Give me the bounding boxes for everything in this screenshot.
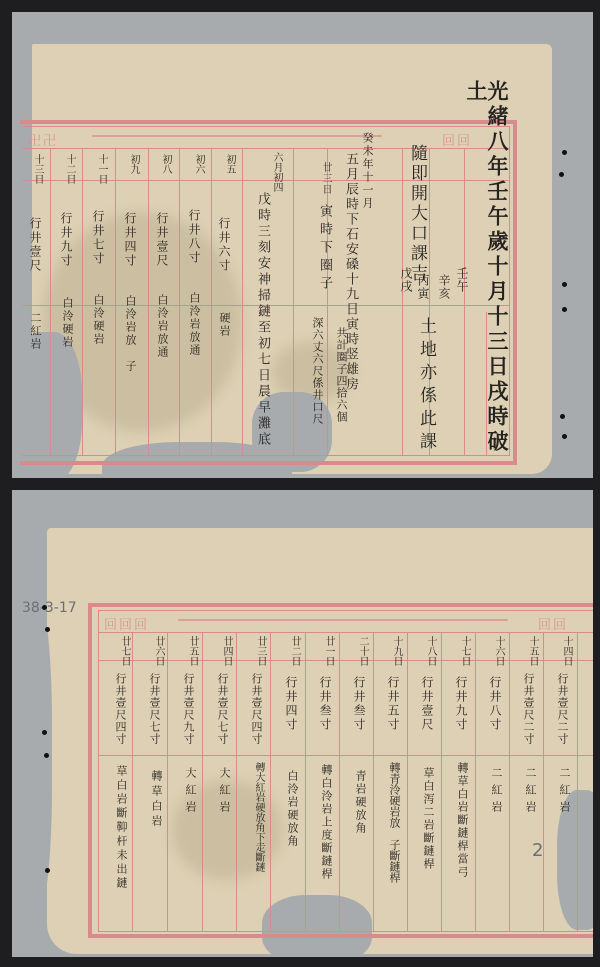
log-date: 廿四日 (221, 636, 231, 666)
log-date: 初九 (128, 154, 138, 174)
log-date: 十五日 (527, 636, 537, 666)
grid-line (270, 632, 271, 932)
log-depth: 行井壹尺二寸 (557, 673, 568, 745)
log-rock: 轉草白岩斷鏈桿當弓 (457, 762, 468, 879)
log-depth: 行井九寸 (60, 212, 72, 268)
grid-line (242, 148, 243, 456)
pencil-catalog-note: 38-3-17 (22, 600, 77, 616)
log-date: 廿一日 (323, 636, 333, 666)
log-rock: 轉大紅岩硬放角下走斷鏈 (253, 762, 263, 872)
binding-hole (44, 753, 49, 758)
log-rock: 二紅岩 (491, 767, 502, 818)
entry-june-date: 六月初四 (271, 152, 281, 192)
red-frame-inner (98, 610, 593, 932)
log-rock: 二紅岩 (559, 767, 570, 818)
log-rock: 白泠硬岩 (62, 297, 73, 349)
grid-line (98, 755, 593, 756)
binding-hole (562, 282, 567, 287)
bazi-day: 丙寅 (417, 274, 429, 300)
log-rock: 白泠岩放𨻻子 (125, 295, 136, 373)
grid-line (475, 632, 476, 932)
log-depth: 行井六寸 (218, 217, 230, 273)
log-depth: 行井壹尺 (29, 217, 41, 273)
grid-line (543, 632, 544, 932)
grid-line (179, 148, 180, 456)
log-date: 十二日 (64, 154, 74, 184)
log-depth: 行井八寸 (188, 209, 200, 265)
log-depth: 行井壹尺九寸 (183, 673, 194, 745)
log-rock: 青岩硬放角 (355, 770, 366, 835)
entry-start-date: 癸未年十一月 (362, 132, 373, 210)
grid-line (293, 148, 294, 456)
binding-hole (45, 868, 50, 873)
log-depth: 行井壹尺四寸 (115, 673, 126, 745)
log-date: 初八 (160, 154, 170, 174)
log-date: 十一日 (96, 154, 106, 184)
ribbon-ornament-icon (92, 135, 382, 137)
log-depth: 行井壹尺二寸 (523, 673, 534, 745)
bazi-year: 壬午 (456, 267, 468, 293)
log-date: 十三日 (32, 154, 42, 184)
log-depth: 行井四寸 (285, 676, 297, 732)
log-rock: 白泠岩放通𨻻 (189, 292, 200, 370)
binding-hole (45, 627, 50, 632)
log-depth: 行井七寸 (92, 210, 104, 266)
ornament-band: 卍卍 回回 (22, 126, 510, 149)
log-rock: 白泠硬岩 (93, 294, 104, 346)
grid-line (509, 632, 510, 932)
document-title: 光緒八年壬午歲十月十三日戌時破土 (466, 80, 508, 460)
entry-total-line1: 共計圈子四拾六個 (336, 327, 347, 423)
log-rock: 白泠岩放通𨻻 (157, 294, 168, 372)
meander-ornament-icon: 回回 (538, 614, 568, 633)
log-date: 十四日 (561, 636, 571, 666)
entry-23-date: 廿三日 (320, 162, 330, 195)
grid-line (236, 632, 237, 932)
log-depth: 行井壹尺 (156, 212, 168, 268)
log-date: 十八日 (425, 636, 435, 666)
meander-ornament-icon: 卍卍 (28, 130, 58, 149)
entry-23-text: 寅時下圈子 (318, 204, 331, 294)
log-rock: 轉草白岩 (151, 770, 162, 830)
binding-hole (562, 307, 567, 312)
binding-hole (562, 434, 567, 439)
log-rock: 轉白泠岩上度斷鏈桿 (321, 764, 332, 881)
log-rock: 硬岩 (219, 312, 230, 338)
grid-line (167, 632, 168, 932)
instruction-text: 隨即開大口課吉 (408, 144, 425, 344)
entry-total-line2: 深六丈六尺係井口尺 (312, 317, 323, 425)
binding-hole (560, 414, 565, 419)
log-depth: 行井叁寸 (319, 676, 331, 732)
log-rock: 二紅岩 (525, 767, 536, 818)
top-sheet: 卍卍 回回 光緒八年壬午歲十月十三日戌時破土 隨即開大口課吉 壬午 辛亥 丙寅 … (12, 12, 593, 478)
log-depth: 行井五寸 (387, 676, 399, 732)
grid-line (402, 148, 403, 456)
log-depth: 行井壹尺四寸 (251, 673, 262, 745)
grid-line (202, 632, 203, 932)
meander-ornament-icon: 回回回 (104, 614, 149, 633)
binding-hole (42, 605, 47, 610)
log-date: 十九日 (391, 636, 401, 666)
entry-june-text: 戊時三刻安神掃鏈至初七日晨早灘底 (256, 192, 269, 462)
log-date: 廿七日 (119, 636, 129, 666)
grid-line (98, 660, 593, 661)
binding-hole (559, 172, 564, 177)
log-date: 初五 (224, 154, 234, 174)
land-note: 土地亦係此課 (417, 317, 434, 455)
log-rock: 大紅岩 (185, 767, 196, 818)
grid-line (577, 632, 578, 932)
log-rock: 轉青泠硬岩放𨻻子斷鏈桿 (389, 762, 400, 883)
log-date: 二十日 (357, 636, 367, 666)
grid-line (50, 148, 51, 456)
log-rock: 大紅岩 (219, 767, 230, 818)
grid-line (115, 148, 116, 456)
log-depth: 行井四寸 (124, 212, 136, 268)
binding-hole (562, 150, 567, 155)
log-rock: 二紅岩 (30, 312, 41, 351)
log-date: 廿二日 (289, 636, 299, 666)
log-depth: 行井壹尺七寸 (217, 673, 228, 745)
grid-line (339, 632, 340, 932)
log-date: 廿五日 (187, 636, 197, 666)
grid-line (373, 632, 374, 932)
log-depth: 行井九寸 (455, 676, 467, 732)
ribbon-ornament-icon (178, 619, 508, 621)
grid-line (441, 632, 442, 932)
grid-line (148, 148, 149, 456)
grid-line (305, 632, 306, 932)
grid-line (82, 148, 83, 456)
log-rock: 草白泻二岩斷鏈桿 (423, 767, 434, 871)
log-date: 廿三日 (255, 636, 265, 666)
log-rock: 白泠岩硬放角 (287, 770, 298, 848)
bottom-sheet: 38-3-17 2 回回回 回回 十四日 行井壹尺二寸 二紅岩 十五日 行井壹尺… (12, 490, 593, 957)
log-date: 初六 (193, 154, 203, 174)
log-depth: 行井八寸 (489, 676, 501, 732)
log-date: 十七日 (459, 636, 469, 666)
log-depth: 行井叁寸 (353, 676, 365, 732)
bazi-hour: 戊戌 (400, 267, 412, 293)
log-depth: 行井壹尺 (421, 676, 433, 732)
log-depth: 行井壹尺七寸 (149, 673, 160, 745)
binding-hole (42, 730, 47, 735)
log-rock: 草白岩斷䩕杆未出鏈 (116, 765, 127, 891)
grid-line (464, 148, 465, 456)
log-date: 十六日 (493, 636, 503, 666)
ornament-band: 回回回 回回 (98, 610, 593, 633)
grid-line (132, 632, 133, 932)
grid-line (407, 632, 408, 932)
grid-line (211, 148, 212, 456)
bazi-month: 辛亥 (438, 274, 450, 300)
log-date: 廿六日 (153, 636, 163, 666)
